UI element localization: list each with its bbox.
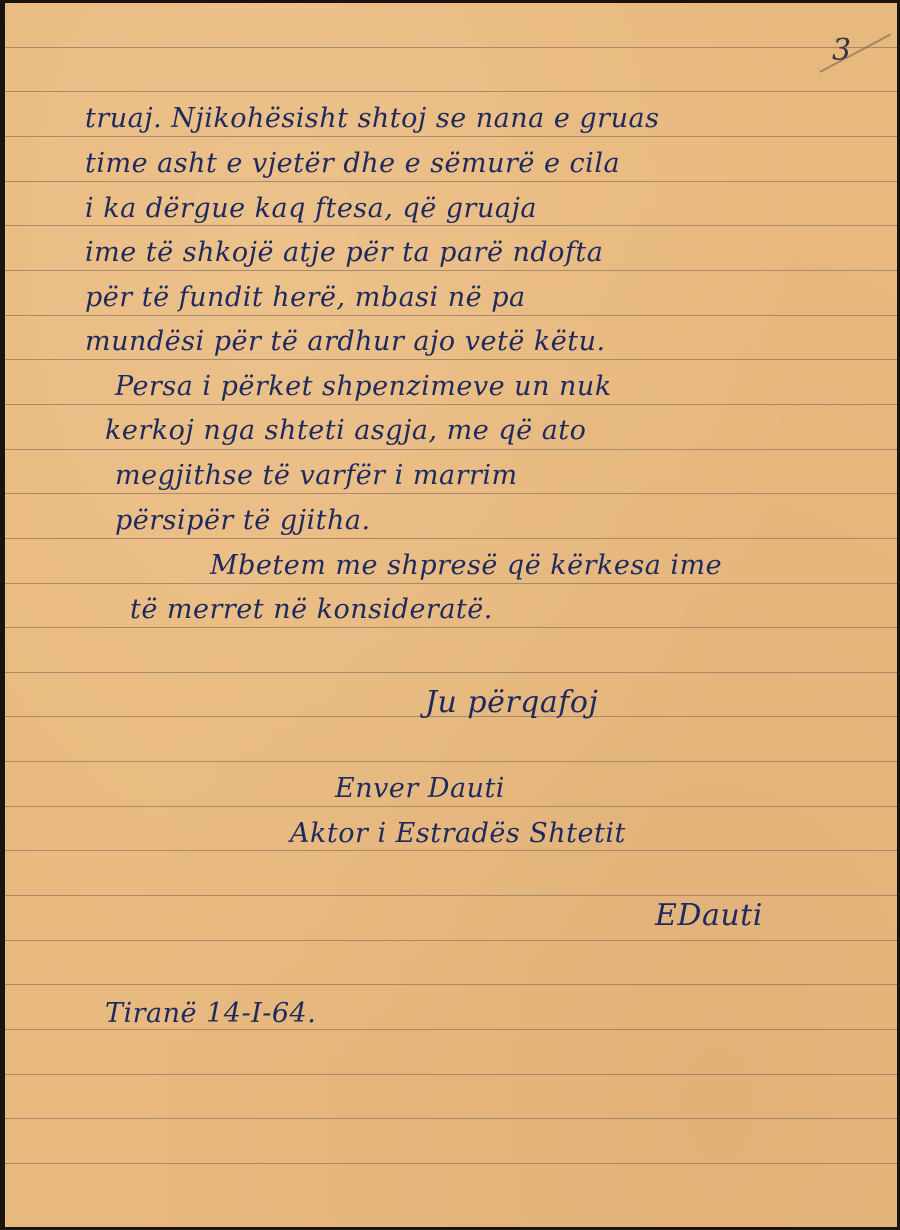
ruled-line — [5, 895, 897, 896]
ruled-line — [5, 181, 897, 182]
pencil-mark — [820, 34, 892, 73]
ruled-line — [5, 984, 897, 985]
handwritten-letter-page: 3 truaj. Njikohësisht shtoj se nana e gr… — [5, 3, 897, 1227]
body-line: i ka dërgue kaq ftesa, që gruaja — [85, 193, 537, 224]
body-line: përsipër të gjitha. — [115, 505, 371, 536]
ruled-line — [5, 1163, 897, 1164]
body-line: të merret në konsideratë. — [130, 594, 493, 625]
ruled-line — [5, 850, 897, 851]
ruled-line — [5, 538, 897, 539]
ruled-line — [5, 672, 897, 673]
ruled-line — [5, 91, 897, 92]
signature-name: Enver Dauti — [335, 773, 505, 804]
body-line: kerkoj nga shteti asgja, me që ato — [105, 415, 586, 446]
ruled-line — [5, 225, 897, 226]
ruled-line — [5, 47, 897, 48]
ruled-line — [5, 270, 897, 271]
ruled-line — [5, 1118, 897, 1119]
ruled-line — [5, 627, 897, 628]
body-line: truaj. Njikohësisht shtoj se nana e grua… — [85, 103, 659, 134]
ruled-line — [5, 359, 897, 360]
place-date: Tiranë 14-I-64. — [105, 998, 316, 1029]
ruled-line — [5, 940, 897, 941]
closing: Ju përqafoj — [425, 685, 598, 720]
ruled-line — [5, 449, 897, 450]
ruled-line — [5, 315, 897, 316]
body-line: time asht e vjetër dhe e sëmurë e cila — [85, 148, 620, 179]
signature: EDauti — [655, 898, 763, 933]
body-line: Mbetem me shpresë që kërkesa ime — [210, 550, 722, 581]
body-line: për të fundit herë, mbasi në pa — [85, 282, 526, 313]
ruled-line — [5, 1074, 897, 1075]
ruled-line — [5, 583, 897, 584]
body-line: megjithse të varfër i marrim — [115, 460, 518, 491]
ruled-line — [5, 806, 897, 807]
ruled-line — [5, 493, 897, 494]
ruled-line — [5, 1029, 897, 1030]
body-line: ime të shkojë atje për ta parë ndofta — [85, 237, 603, 268]
ruled-line — [5, 136, 897, 137]
ruled-line — [5, 404, 897, 405]
body-line: mundësi për të ardhur ajo vetë këtu. — [85, 326, 606, 357]
body-line: Persa i përket shpenzimeve un nuk — [115, 371, 612, 402]
ruled-line — [5, 761, 897, 762]
signature-title: Aktor i Estradës Shtetit — [290, 818, 626, 849]
